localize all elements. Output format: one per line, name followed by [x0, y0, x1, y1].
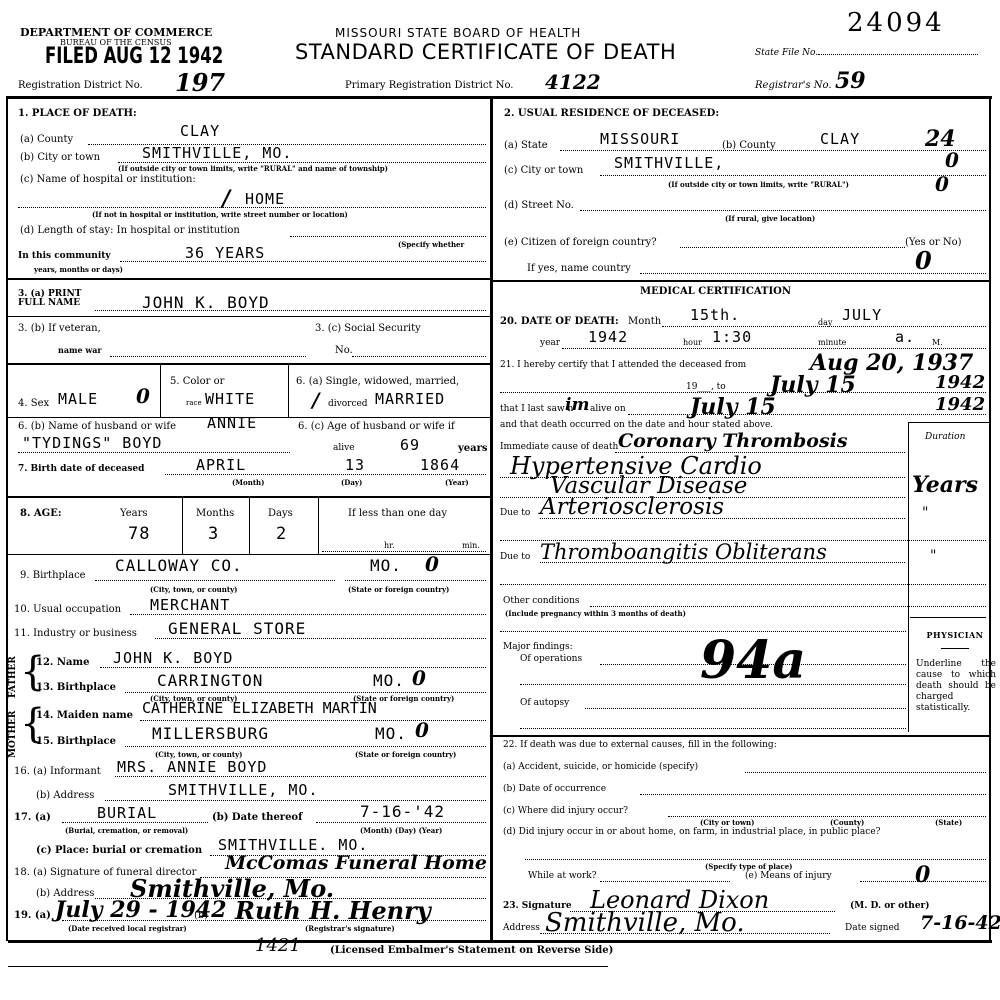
- duration-1: Years: [912, 472, 978, 498]
- death-ampm-value: a.: [895, 328, 915, 346]
- registrars-no-value: 59: [835, 68, 866, 94]
- place-of-death-heading: 1. PLACE OF DEATH:: [18, 108, 137, 119]
- res-street-label: (d) Street No.: [504, 200, 574, 211]
- duration-3: ": [930, 548, 936, 564]
- age-years-label: Years: [120, 508, 148, 519]
- pod-city-note: (If outside city or town limits, write "…: [118, 164, 388, 173]
- race-label-1: 5. Color or: [170, 376, 224, 387]
- last-saw-pronoun: im: [565, 395, 589, 415]
- means-code: 0: [915, 862, 930, 888]
- date-of-death-label: 20. DATE OF DEATH:: [500, 316, 619, 327]
- birthplace-city: CALLOWAY CO.: [115, 556, 243, 575]
- signature-address-label: Address: [503, 923, 540, 933]
- other-conditions-note: (Include pregnancy within 3 months of de…: [505, 609, 686, 618]
- date-signed-value: 7-16-42: [920, 912, 1000, 934]
- while-at-work-label: While at work?: [528, 871, 597, 881]
- mother-side-label: MOTHER: [8, 700, 20, 758]
- sex-label: 4. Sex: [18, 398, 49, 409]
- attended-to-year: 1942: [935, 372, 985, 393]
- res-county-label: (b) County: [722, 140, 776, 151]
- pod-city-value: SMITHVILLE, MO.: [142, 144, 292, 162]
- informant-address-label: (b) Address: [36, 790, 94, 801]
- birth-month: APRIL: [196, 456, 246, 474]
- res-state-label: (a) State: [504, 140, 548, 151]
- father-birthplace-state: MO.: [373, 671, 405, 690]
- pod-community-value: 36 YEARS: [185, 244, 265, 262]
- res-citizen-label: (e) Citizen of foreign country?: [504, 237, 657, 248]
- received-label: 19. (a): [14, 910, 51, 921]
- res-city-note: (If outside city or town limits, write "…: [668, 180, 849, 189]
- bottom-border: [8, 940, 992, 943]
- license-mark: 1421: [255, 935, 301, 956]
- physician-note: Underline the cause to which death shoul…: [910, 659, 1000, 714]
- father-birthplace-label: 13. Birthplace: [36, 682, 116, 693]
- birth-date-label: 7. Birth date of deceased: [18, 464, 144, 474]
- last-saw-label: that I last saw h: [500, 404, 573, 414]
- certify-label: 21. I hereby certify that I attended the…: [500, 360, 746, 370]
- last-saw-year: 1942: [935, 394, 985, 415]
- center-divider: [490, 99, 493, 942]
- pod-hospital-value: HOME: [245, 190, 285, 208]
- res-city-code: 0: [945, 148, 959, 172]
- primary-registration-value: 4122: [545, 70, 601, 94]
- pod-county-label: (a) County: [20, 134, 73, 145]
- disposal-date-value: 7-16-'42: [360, 802, 445, 821]
- age-years: 78: [128, 524, 150, 544]
- board-label: MISSOURI STATE BOARD OF HEALTH: [335, 26, 581, 40]
- residence-heading: 2. USUAL RESIDENCE OF DECEASED:: [504, 108, 719, 119]
- social-security-label: 3. (c) Social Security: [315, 323, 421, 334]
- age-months-label: Months: [196, 508, 234, 519]
- disposal-label: 17. (a): [14, 812, 51, 823]
- mother-birthplace-label: 15. Birthplace: [36, 736, 116, 747]
- pod-community-label: In this community: [18, 251, 111, 261]
- filed-stamp: FILED AUG 12 1942: [45, 44, 223, 69]
- attended-to-value: July 15: [770, 372, 856, 398]
- embalmer-note: (Licensed Embalmer's Statement on Revers…: [330, 945, 613, 956]
- occurred-label: and that death occurred on the date and …: [500, 420, 773, 430]
- accident-label: (a) Accident, suicide, or homicide (spec…: [503, 762, 698, 772]
- father-birthplace-value: CARRINGTON: [157, 671, 263, 690]
- birthplace-label: 9. Birthplace: [20, 570, 86, 581]
- ss-no-label: No.: [335, 345, 353, 356]
- res-city-value: SMITHVILLE,: [614, 154, 724, 172]
- right-border: [989, 96, 991, 941]
- age-less-label: If less than one day: [348, 508, 447, 519]
- race-label-2: race: [186, 399, 202, 407]
- date-signed-label: Date signed: [845, 923, 900, 933]
- due-to-value-2: Thromboangitis Obliterans: [540, 540, 827, 564]
- registrar-signature: Ruth H. Henry: [235, 896, 431, 925]
- registration-district-label: Registration District No.: [18, 80, 143, 91]
- father-side-label: FATHER: [8, 648, 20, 698]
- birthplace-state: MO.: [370, 556, 402, 575]
- immediate-cause-value: Coronary Thrombosis: [618, 430, 848, 452]
- immediate-cause-label: Immediate cause of death: [500, 442, 618, 452]
- spouse-age-value: 69: [400, 436, 420, 454]
- operations-label: Of operations: [520, 654, 582, 664]
- due-to-value-1: Arteriosclerosis: [540, 494, 724, 520]
- signature-address-value: Smithville, Mo.: [545, 908, 745, 938]
- age-label: 8. AGE:: [20, 508, 62, 519]
- medical-heading: MEDICAL CERTIFICATION: [640, 286, 791, 297]
- other-conditions-label: Other conditions: [503, 596, 580, 606]
- informant-label: 16. (a) Informant: [14, 766, 101, 777]
- last-saw-date: July 15: [690, 394, 776, 420]
- occurrence-label: (b) Date of occurrence: [503, 784, 606, 794]
- top-border: [6, 96, 992, 99]
- mother-birthplace-state: MO.: [375, 724, 407, 743]
- due-to-label-1: Due to: [500, 508, 530, 518]
- duration-2: ": [922, 505, 928, 521]
- state-file-label: State File No.: [755, 48, 975, 58]
- physician-heading: PHYSICIAN: [910, 630, 1000, 640]
- major-findings-label: Major findings:: [503, 642, 573, 652]
- means-label: (e) Means of injury: [745, 871, 832, 881]
- md-label: (M. D. or other): [850, 901, 930, 911]
- funeral-director-signature: McComas Funeral Home: [225, 852, 487, 874]
- spouse-rest-name: "TYDINGS" BOYD: [22, 434, 162, 452]
- mother-maiden-value: CATHERINE ELIZABETH MARTIN: [142, 699, 377, 717]
- war-label: name war: [58, 345, 102, 355]
- full-name-label: 3. (a) PRINTFULL NAME: [18, 290, 81, 308]
- sex-code: 0: [136, 384, 150, 408]
- where-injury-label: (c) Where did injury occur?: [503, 806, 628, 816]
- death-hour-value: 1:30: [712, 328, 752, 346]
- left-border: [6, 96, 8, 941]
- birth-year: 1864: [420, 456, 460, 474]
- pod-hospital-label: (c) Name of hospital or institution:: [20, 174, 196, 185]
- industry-value: GENERAL STORE: [168, 619, 306, 638]
- death-day-value: 15th.: [690, 306, 740, 324]
- marital-label-1: 6. (a) Single, widowed, married,: [296, 376, 459, 387]
- spouse-alive-label: alive: [333, 443, 355, 453]
- father-name-value: JOHN K. BOYD: [113, 649, 233, 667]
- physician-box: PHYSICIAN Underline the cause to which d…: [910, 630, 1000, 714]
- occupation-label: 10. Usual occupation: [14, 604, 121, 615]
- sex-value: MALE: [58, 390, 98, 408]
- pod-specify-note: (Specify whether: [398, 240, 464, 249]
- age-days-label: Days: [268, 508, 293, 519]
- occupation-value: MERCHANT: [150, 596, 230, 614]
- home-farm-label: (d) Did injury occur in or about home, o…: [503, 827, 881, 837]
- pod-county-value: CLAY: [180, 122, 220, 140]
- birth-day: 13: [345, 456, 365, 474]
- informant-value: MRS. ANNIE BOYD: [117, 758, 267, 776]
- industry-label: 11. Industry or business: [14, 628, 137, 639]
- res-citizen-note: (Yes or No): [905, 237, 962, 248]
- spouse-first-name: ANNIE: [207, 414, 257, 432]
- spouse-label: 6. (b) Name of husband or wife: [18, 421, 176, 432]
- veteran-label: 3. (b) If veteran,: [18, 323, 101, 334]
- years-label: years: [458, 443, 488, 454]
- pod-city-label: (b) City or town: [20, 152, 100, 163]
- father-name-label: 12. Name: [36, 657, 89, 668]
- age-months: 3: [208, 524, 219, 544]
- disposal-date-label: (b) Date thereof: [212, 812, 302, 823]
- registrars-no-label: Registrar's No.: [755, 80, 832, 91]
- res-citizen-code: 0: [915, 246, 932, 275]
- age-days: 2: [276, 524, 287, 544]
- marital-label-2: divorced: [328, 399, 368, 409]
- pod-hospital-note: (If not in hospital or institution, writ…: [92, 210, 348, 219]
- burial-place-label: (c) Place: burial or cremation: [36, 845, 202, 856]
- informant-address-value: SMITHVILLE, MO.: [168, 781, 318, 799]
- full-name-value: JOHN K. BOYD: [142, 293, 270, 312]
- race-value: WHITE: [205, 390, 255, 408]
- mother-birthplace-value: MILLERSBURG: [152, 724, 269, 743]
- autopsy-label: Of autopsy: [520, 698, 569, 708]
- res-country-label: If yes, name country: [527, 263, 631, 274]
- duration-label: Duration: [925, 432, 965, 442]
- due-to-label-2: Due to: [500, 552, 530, 562]
- coder-mark: 94a: [700, 630, 806, 691]
- state-file-number: 24094: [847, 8, 945, 38]
- external-heading: 22. If death was due to external causes,…: [503, 740, 777, 750]
- pod-stay-label: (d) Length of stay: In hospital or insti…: [20, 225, 240, 236]
- res-city-label: (c) City or town: [504, 165, 583, 176]
- res-street-note: (If rural, give location): [725, 214, 815, 223]
- res-state-value: MISSOURI: [600, 130, 680, 148]
- death-month-value: JULY: [842, 306, 882, 324]
- mother-maiden-label: 14. Maiden name: [36, 710, 133, 721]
- spouse-age-label: 6. (c) Age of husband or wife if: [298, 421, 455, 432]
- certificate-title: STANDARD CERTIFICATE OF DEATH: [295, 40, 676, 64]
- pod-community-note: years, months or days): [34, 265, 123, 274]
- death-year-value: 1942: [588, 328, 628, 346]
- marital-value: MARRIED: [375, 390, 445, 408]
- primary-registration-label: Primary Registration District No.: [345, 80, 513, 91]
- registration-district-value: 197: [175, 68, 225, 97]
- res-county-value: CLAY: [820, 130, 860, 148]
- disposal-value: BURIAL: [97, 804, 157, 822]
